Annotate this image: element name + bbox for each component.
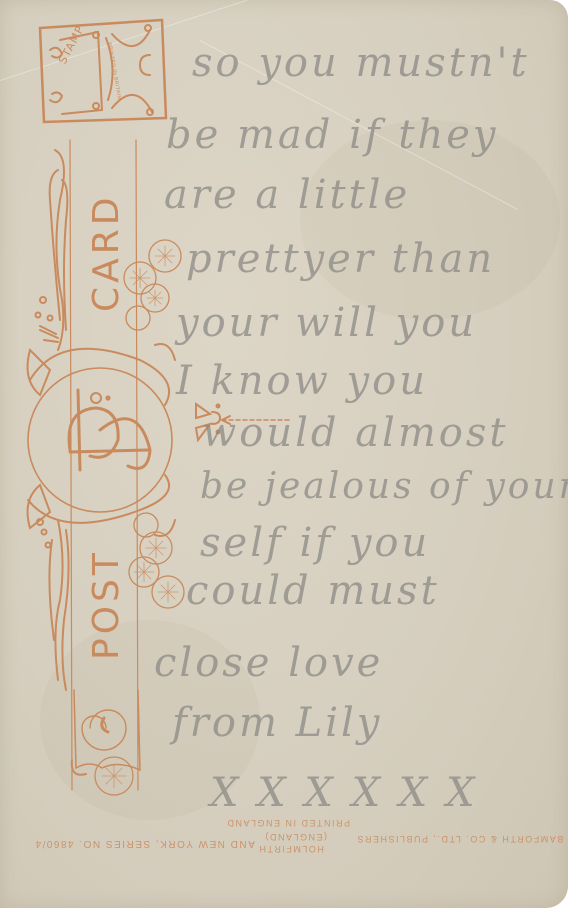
message-line-8: be jealous of your [200, 466, 568, 507]
heading-post: POST [86, 549, 127, 660]
publisher-location-england: (ENGLAND) [264, 832, 327, 842]
publisher-series-number: AND NEW YORK, SERIES NO. 4860/4 [34, 838, 255, 849]
message-line-11: close love [154, 640, 383, 686]
message-line-7: would almost [202, 410, 508, 456]
message-line-5: your will you [176, 300, 477, 346]
publisher-name: BAMFORTH & CO. LTD., PUBLISHERS [356, 834, 563, 844]
message-line-10: could must [186, 568, 440, 614]
message-line-12: from Lily [172, 700, 382, 746]
publisher-location-holmfirth: HOLMFIRTH [258, 844, 324, 854]
message-line-3: are a little [164, 172, 410, 218]
message-line-2: be mad if they [166, 112, 499, 158]
message-line-1: so you mustn't [192, 40, 530, 86]
heading-card: CARD [86, 194, 127, 313]
message-kisses: X X X X X X [210, 770, 477, 816]
printed-in-england-label: PRINTED IN ENGLAND [226, 818, 350, 828]
message-line-4: prettyer than [186, 236, 495, 282]
postcard-back: STAMP PRINTED IN BRITAIN CARD POST so yo… [0, 0, 568, 908]
message-line-6: I know you [176, 358, 428, 404]
message-line-9: self if you [200, 520, 430, 566]
